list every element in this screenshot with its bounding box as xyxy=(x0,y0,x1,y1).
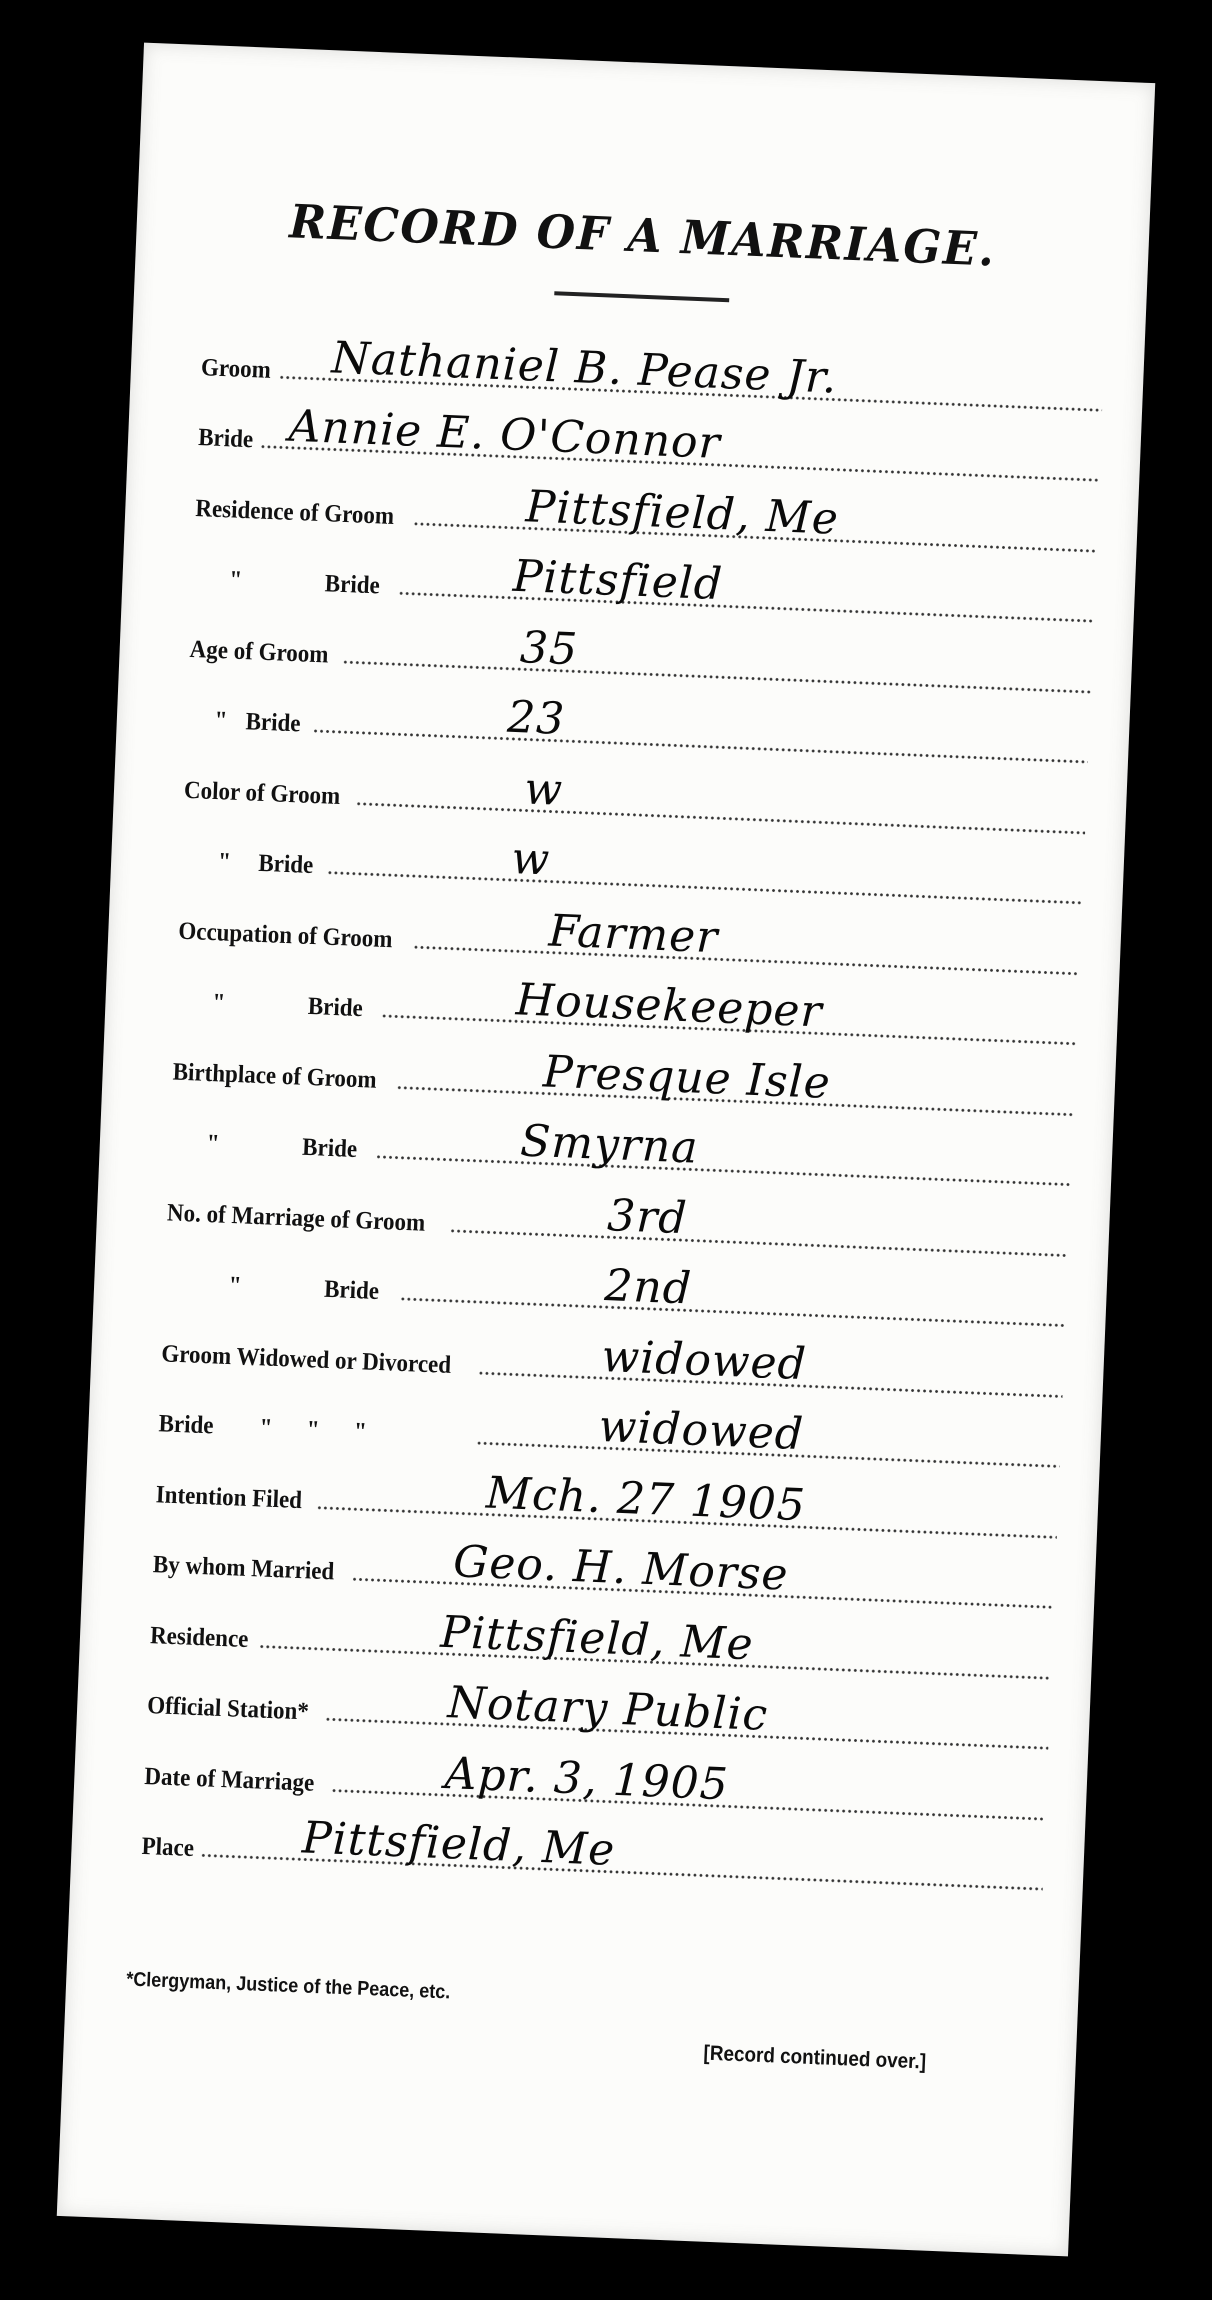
field-value: Geo. H. Morse xyxy=(452,1536,789,1600)
ditto-mark: " xyxy=(228,1272,242,1300)
field-value: Pittsfield, Me xyxy=(525,481,840,545)
ditto-mark: " " " xyxy=(259,1414,367,1446)
field-label: Age of Groom xyxy=(189,635,329,675)
field-value: Housekeeper xyxy=(515,974,824,1037)
field-value: Nathaniel B. Pease Jr. xyxy=(331,332,839,403)
ditto-mark: " xyxy=(229,566,243,594)
field-value: 35 xyxy=(519,622,579,675)
ditto-mark: " xyxy=(206,1130,220,1158)
field-label: Residence xyxy=(149,1622,249,1660)
document-title: RECORD OF A MARRIAGE. xyxy=(136,189,1149,283)
marriage-record-card: RECORD OF A MARRIAGE. Groom Nathaniel B.… xyxy=(57,43,1155,2257)
field-label: Bride xyxy=(197,424,253,460)
field-label: Intention Filed xyxy=(155,1481,303,1521)
field-value: Pittsfield, Me xyxy=(301,1812,616,1876)
field-value: widowed xyxy=(601,1331,808,1390)
field-label: "Bride xyxy=(186,706,301,745)
field-label-text: Bride xyxy=(324,1276,380,1305)
field-value: Apr. 3, 1905 xyxy=(444,1748,730,1810)
field-label-text: Bride xyxy=(307,993,363,1022)
field-value: w xyxy=(511,833,552,886)
field-label-text: Bride xyxy=(302,1134,358,1163)
record-continued-note: [Record continued over.] xyxy=(703,2042,926,2075)
field-value: Presque Isle xyxy=(542,1046,832,1109)
ditto-mark: " xyxy=(217,848,231,876)
field-value: 23 xyxy=(506,692,566,745)
field-value: Pittsfield, Me xyxy=(439,1606,754,1670)
field-value: Annie E. O'Connor xyxy=(288,401,722,469)
title-divider xyxy=(554,291,729,302)
ditto-mark: " xyxy=(212,989,226,1017)
field-value: widowed xyxy=(598,1401,805,1460)
ditto-mark: " xyxy=(214,707,228,735)
field-value: 3rd xyxy=(606,1190,688,1244)
field-label-text: Bride xyxy=(258,850,314,879)
field-value: 2nd xyxy=(604,1260,693,1314)
field-value: Smyrna xyxy=(519,1116,699,1174)
field-label: "Bride xyxy=(180,847,313,886)
field-value: w xyxy=(523,763,564,816)
record-fields: Groom Nathaniel B. Pease Jr. Bride Annie… xyxy=(141,317,1105,1903)
field-value: Pittsfield xyxy=(512,551,724,610)
field-label-text: Bride xyxy=(324,570,380,599)
footnote: *Clergyman, Justice of the Peace, etc. xyxy=(126,1968,451,2004)
field-value: Notary Public xyxy=(447,1677,769,1741)
field-label: Place xyxy=(141,1833,195,1869)
field-label: Groom xyxy=(200,354,271,391)
field-value: Farmer xyxy=(548,905,720,963)
field-label-text: Bride xyxy=(245,708,301,737)
field-label-text: Bride xyxy=(158,1410,214,1439)
field-value: Mch. 27 1905 xyxy=(485,1467,807,1531)
